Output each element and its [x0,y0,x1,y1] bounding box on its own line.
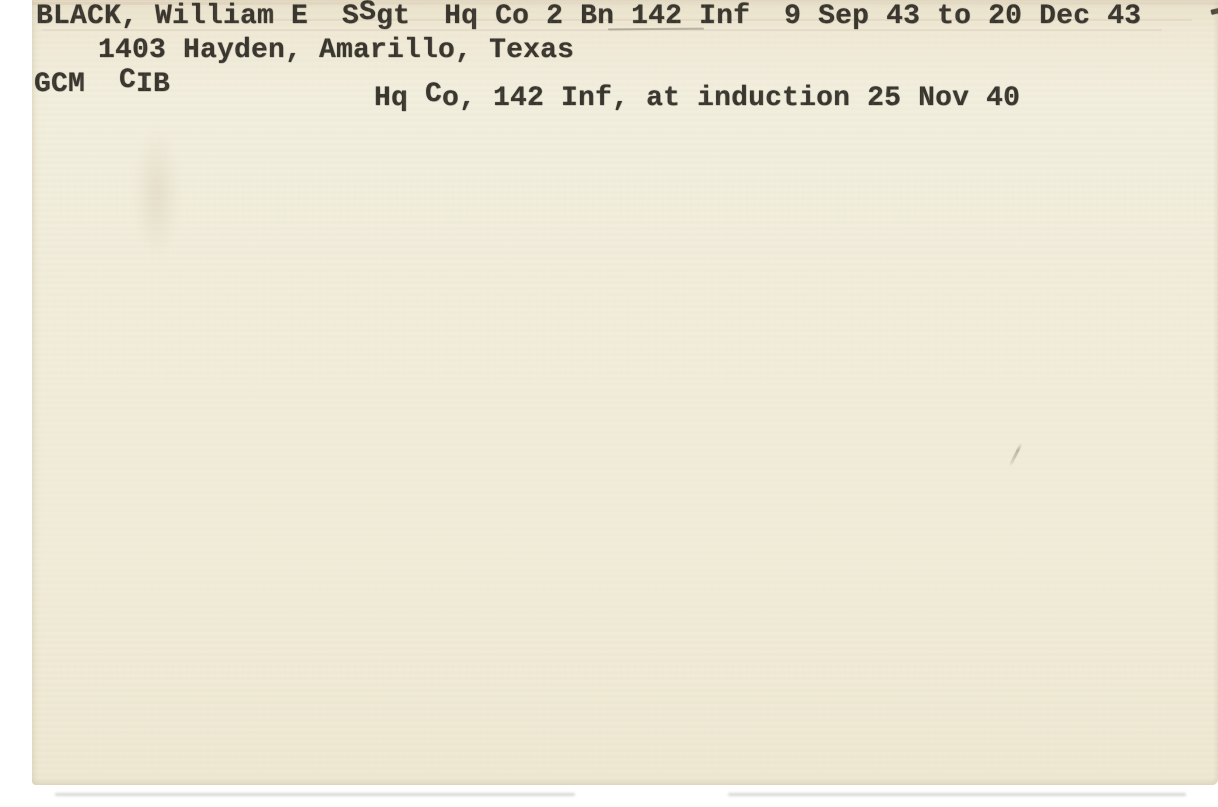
raised-typebar-letter: S [359,0,376,28]
ink-tick-mark [1211,8,1218,15]
scratch-mark [1008,443,1022,468]
typed-text: gt Hq Co 2 Bn 142 Inf 9 Sep 43 to 20 Dec… [376,1,1141,32]
typed-line-service-record: BLACK, William E SSgt Hq Co 2 Bn 142 Inf… [36,3,1141,31]
scanned-page: BLACK, William E SSgt Hq Co 2 Bn 142 Inf… [0,0,1218,807]
index-card: BLACK, William E SSgt Hq Co 2 Bn 142 Inf… [32,0,1218,785]
raised-typebar-letter: C [119,65,136,96]
card-shadow-line [728,793,1186,796]
paper-smudge [135,128,179,260]
typed-line-awards: GCM CIB [34,71,170,99]
typed-text: 1403 Hayden, Amarillo, Texas [98,35,574,66]
typed-line-induction: Hq Co, 142 Inf, at induction 25 Nov 40 [374,85,1020,113]
typed-text: BLACK, William E S [36,1,359,32]
raised-typebar-letter: C [425,79,442,110]
typed-text: IB [136,69,170,100]
typed-text: o, 142 Inf, at induction 25 Nov 40 [442,83,1020,114]
card-shadow-line [55,793,575,796]
typed-line-address: 1403 Hayden, Amarillo, Texas [98,37,574,65]
typed-text: GCM [34,69,119,100]
typed-text: Hq [374,83,425,114]
